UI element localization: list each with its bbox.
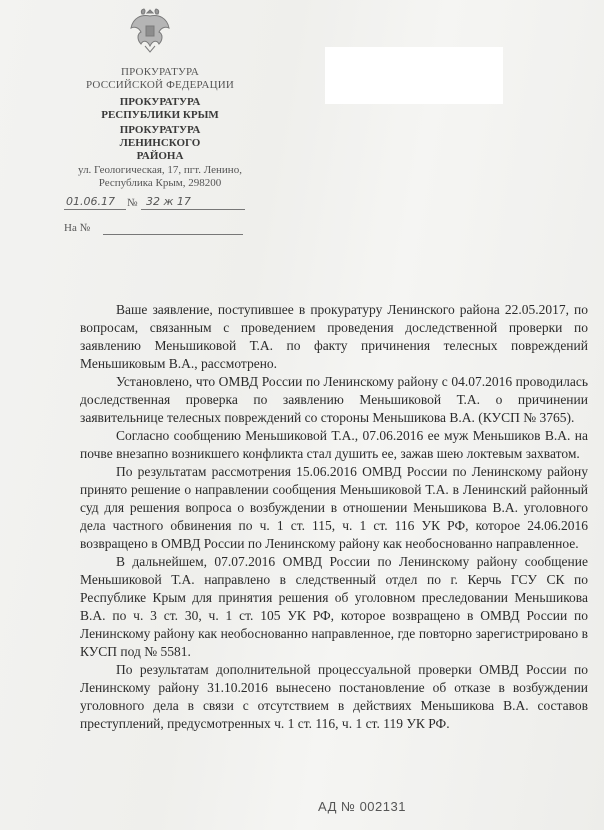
paragraph: Ваше заявление, поступившее в прокуратур…: [80, 301, 588, 373]
letter-page: ПРОКУРАТУРА РОССИЙСКОЙ ФЕДЕРАЦИИ ПРОКУРА…: [0, 0, 604, 830]
reply-to-number: На №: [64, 222, 244, 238]
letter-body: Ваше заявление, поступившее в прокуратур…: [80, 301, 588, 733]
coat-of-arms-icon: [127, 6, 173, 54]
paragraph: Согласно сообщению Меньшиковой Т.А., 07.…: [80, 427, 588, 463]
redacted-addressee-block: [325, 47, 503, 104]
sub-line-1: ПРОКУРАТУРА: [60, 96, 260, 109]
org-name-republic: ПРОКУРАТУРА РЕСПУБЛИКИ КРЫМ: [60, 96, 260, 122]
handwritten-date: 01.06.17: [66, 195, 115, 208]
dept-line-1: ПРОКУРАТУРА: [60, 124, 260, 137]
sub-line-2: РЕСПУБЛИКИ КРЫМ: [60, 109, 260, 122]
paragraph: В дальнейшем, 07.07.2016 ОМВД России по …: [80, 553, 588, 661]
address-line-1: ул. Геологическая, 17, пгт. Ленино,: [60, 164, 260, 177]
handwritten-number: 32 ж 17: [146, 195, 191, 208]
address-line-2: Республика Крым, 298200: [60, 177, 260, 190]
paragraph: По результатам рассмотрения 15.06.2016 О…: [80, 463, 588, 553]
outgoing-date-number: 01.06.17 № 32 ж 17: [64, 194, 244, 210]
reply-label: На №: [64, 222, 90, 234]
number-sign: №: [127, 197, 138, 209]
date-underline: [64, 209, 126, 210]
org-line-2: РОССИЙСКОЙ ФЕДЕРАЦИИ: [60, 79, 260, 92]
number-underline: [141, 209, 245, 210]
paragraph: По результатам дополнительной процессуал…: [80, 661, 588, 733]
paragraph: Установлено, что ОМВД России по Ленинско…: [80, 373, 588, 427]
org-line-1: ПРОКУРАТУРА: [60, 66, 260, 79]
org-address: ул. Геологическая, 17, пгт. Ленино, Респ…: [60, 164, 260, 190]
form-serial-number: АД № 002131: [318, 799, 406, 814]
dept-line-2: ЛЕНИНСКОГО: [60, 137, 260, 150]
org-name-district: ПРОКУРАТУРА ЛЕНИНСКОГО РАЙОНА: [60, 124, 260, 163]
dept-line-3: РАЙОНА: [60, 150, 260, 163]
reply-underline: [103, 234, 243, 235]
org-name-federal: ПРОКУРАТУРА РОССИЙСКОЙ ФЕДЕРАЦИИ: [60, 66, 260, 92]
